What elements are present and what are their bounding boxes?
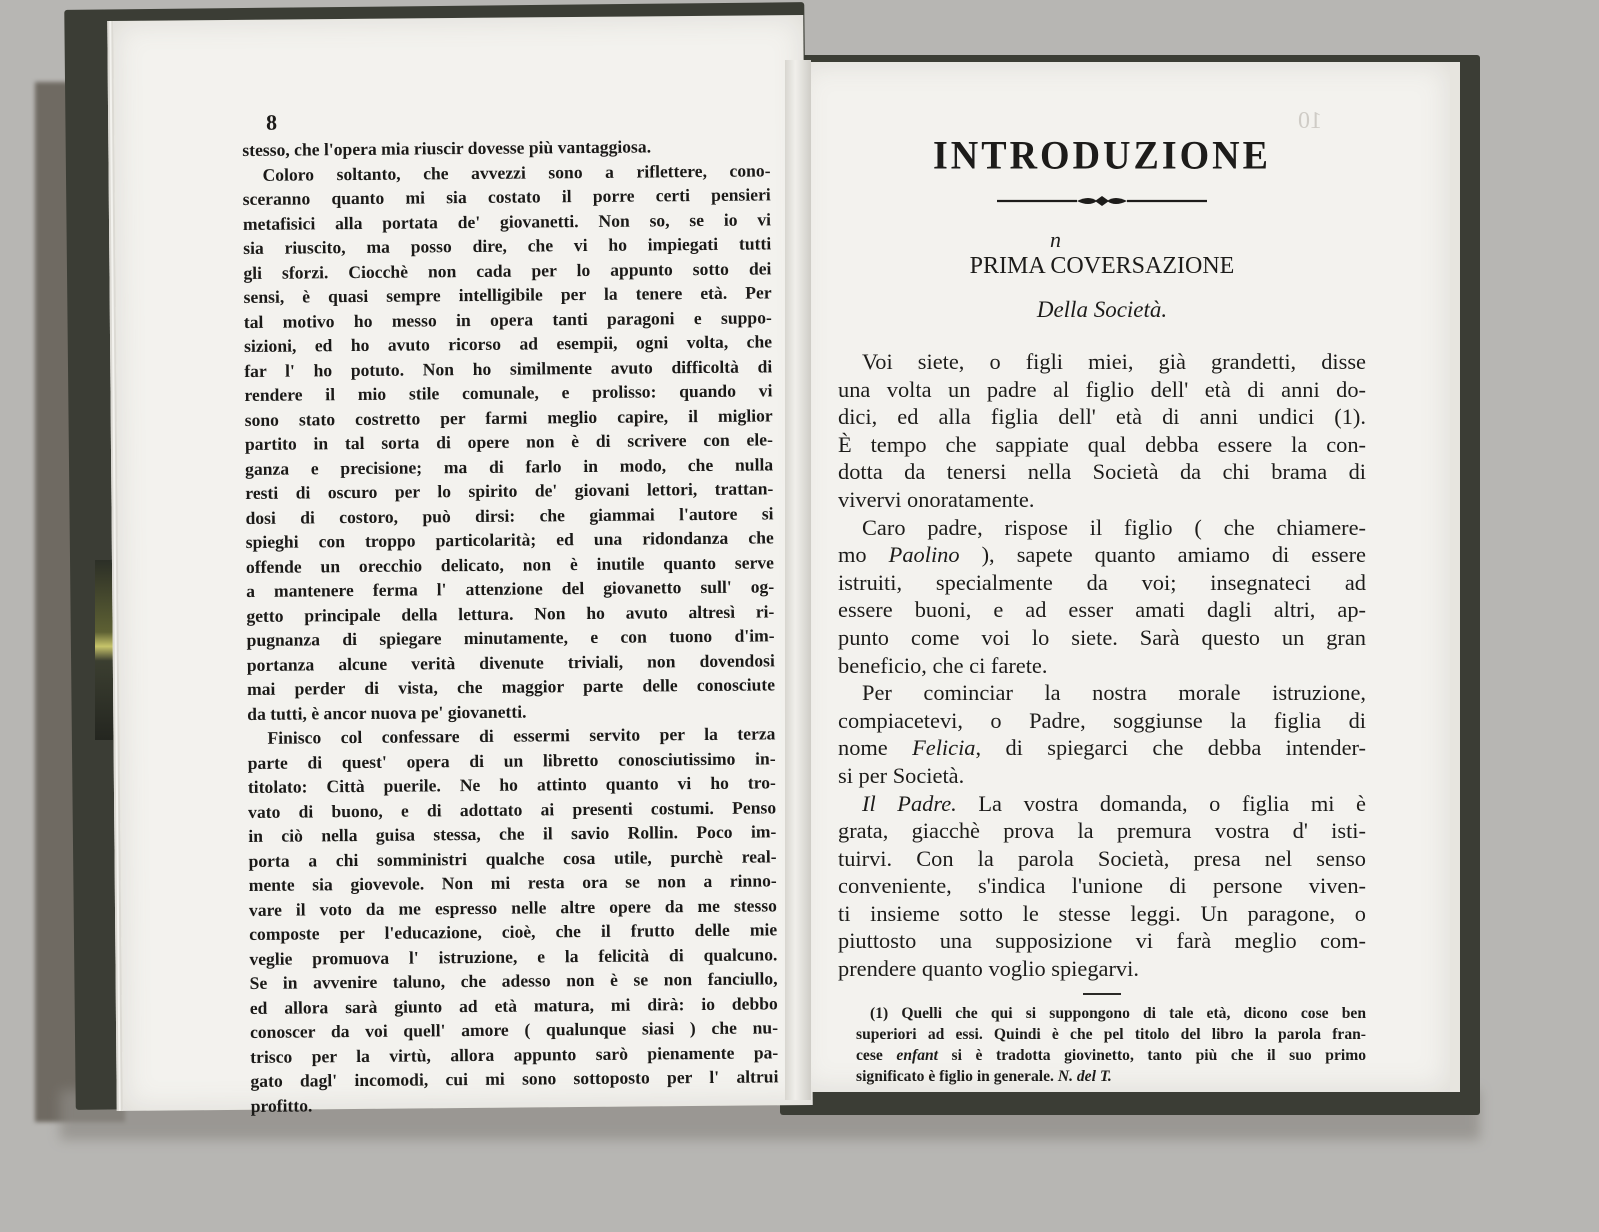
- text-line: nome Felicia, di spiegarci che debba int…: [838, 734, 1366, 762]
- text-line: superiori ad essi. Quindi è che pel tito…: [856, 1024, 1366, 1045]
- italic-name: Paolino: [889, 542, 960, 567]
- footnote: (1) Quelli che qui si suppongono di tale…: [838, 1003, 1366, 1087]
- right-page-body: Voi siete, o figli miei, già grandetti, …: [838, 348, 1366, 983]
- text-line: essere buoni, e ad esser amati dagli alt…: [838, 596, 1366, 624]
- text-line: si per Società.: [838, 762, 1366, 790]
- italic-name: N. del T.: [1058, 1068, 1112, 1085]
- text-line: una volta un padre al figlio dell' età d…: [838, 376, 1366, 404]
- text-line: profitto.: [251, 1089, 779, 1118]
- text-line: prendere quanto voglio spiegarvi.: [838, 955, 1366, 983]
- text-line: punto come voi lo siete. Sarà questo un …: [838, 624, 1366, 652]
- handwritten-correction: n: [1050, 226, 1061, 254]
- text-line: dotta da tenersi nella Società da chi br…: [838, 458, 1366, 486]
- text-line: compiacetevi, o Padre, soggiunse la figl…: [838, 707, 1366, 735]
- text-line: vivervi onoratamente.: [838, 486, 1366, 514]
- text-line: Voi siete, o figli miei, già grandetti, …: [838, 348, 1366, 376]
- text-line: beneficio, che ci farete.: [838, 652, 1366, 680]
- text-line: conveniente, s'indica l'unione di person…: [838, 872, 1366, 900]
- text-line: tuirvi. Con la parola Società, presa nel…: [838, 845, 1366, 873]
- text-line: Per cominciar la nostra morale istruzion…: [838, 679, 1366, 707]
- text-line: Caro padre, rispose il figlio ( che chia…: [838, 514, 1366, 542]
- ornament-divider-icon: [997, 194, 1207, 208]
- text-line: gato dagl' incomodi, cui mi sono sottopo…: [250, 1064, 778, 1093]
- right-page-text: INTRODUZIONE n PRIMA COVERSAZIONE Della …: [838, 130, 1366, 1087]
- left-page-text: 8 stesso, che l'opera mia riuscir dovess…: [242, 107, 779, 1118]
- text-line: (1) Quelli che qui si suppongono di tale…: [856, 1003, 1366, 1024]
- text-line: mai perder di vista, che maggior parte d…: [247, 672, 775, 701]
- text-line: È tempo che sappiate qual debba essere l…: [838, 431, 1366, 459]
- text-line: grata, giacchè prova la premura vostra d…: [838, 817, 1366, 845]
- text-line: istruiti, specialmente da voi; insegnate…: [838, 569, 1366, 597]
- conversation-heading: n PRIMA COVERSAZIONE: [838, 252, 1366, 280]
- page-number: 8: [266, 107, 770, 133]
- italic-name: Felicia: [912, 735, 975, 760]
- section-title: Della Società.: [838, 296, 1366, 324]
- text-line: significato è figlio in generale. N. del…: [856, 1066, 1366, 1087]
- text-line: ti insieme sotto le stesse leggi. Un par…: [838, 900, 1366, 928]
- italic-name: Il Padre.: [862, 791, 957, 816]
- text-line: Il Padre. La vostra domanda, o figlia mi…: [838, 790, 1366, 818]
- text-line: dici, ed alla figlia dell' età di anni u…: [838, 403, 1366, 431]
- italic-name: enfant: [896, 1047, 938, 1064]
- left-page-paragraphs: stesso, che l'opera mia riuscir dovesse …: [242, 133, 779, 1118]
- footnote-rule: [1083, 993, 1121, 995]
- book-gutter: [785, 60, 811, 1100]
- text-line: cese enfant si è tradotta giovinetto, ta…: [856, 1045, 1366, 1066]
- chapter-title: INTRODUZIONE: [838, 133, 1366, 179]
- text-line: mo Paolino ), sapete quanto amiamo di es…: [838, 541, 1366, 569]
- marbled-spine-fragment: [95, 560, 113, 740]
- text-line: piuttosto una supposizione vi farà megli…: [838, 927, 1366, 955]
